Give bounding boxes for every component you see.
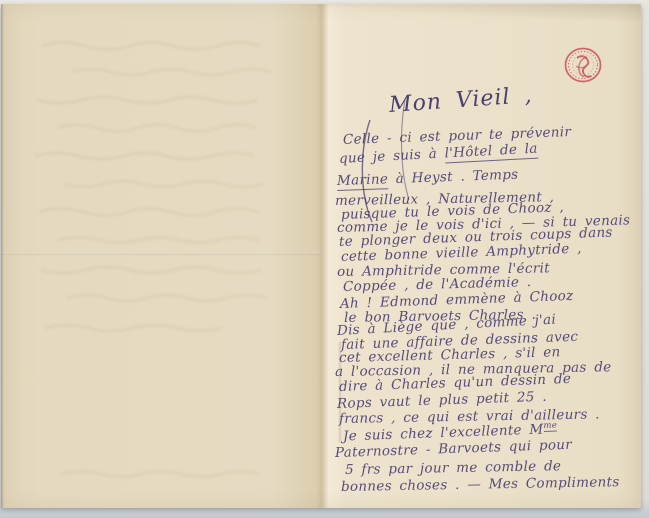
paper-crease	[1, 252, 321, 255]
red-collection-stamp-icon	[563, 46, 603, 84]
letter-line: bonnes choses . — Mes Compliments	[341, 474, 620, 495]
paper-crease	[301, 4, 641, 20]
letter-line: Marine à Heyst . Temps	[337, 167, 519, 189]
underlined-text: Marine	[337, 171, 389, 191]
handwritten-text: me	[543, 421, 557, 432]
underlined-text: l'Hôtel de la	[444, 141, 538, 164]
paper-edge-shadow	[1, 4, 4, 508]
letter-salutation: Mon Vieil ,	[388, 83, 533, 118]
letter-paper: Mon Vieil , Celle - ci est pour te préve…	[1, 4, 641, 508]
handwritten-text: que je suis à	[339, 145, 445, 167]
scanned-letter: Mon Vieil , Celle - ci est pour te préve…	[0, 0, 649, 518]
letter-body: Celle - ci est pour te prévenirque je su…	[337, 126, 643, 496]
handwritten-text: à Heyst . Temps	[388, 167, 519, 188]
handwritten-text: bonnes choses . — Mes Compliments	[341, 474, 620, 495]
